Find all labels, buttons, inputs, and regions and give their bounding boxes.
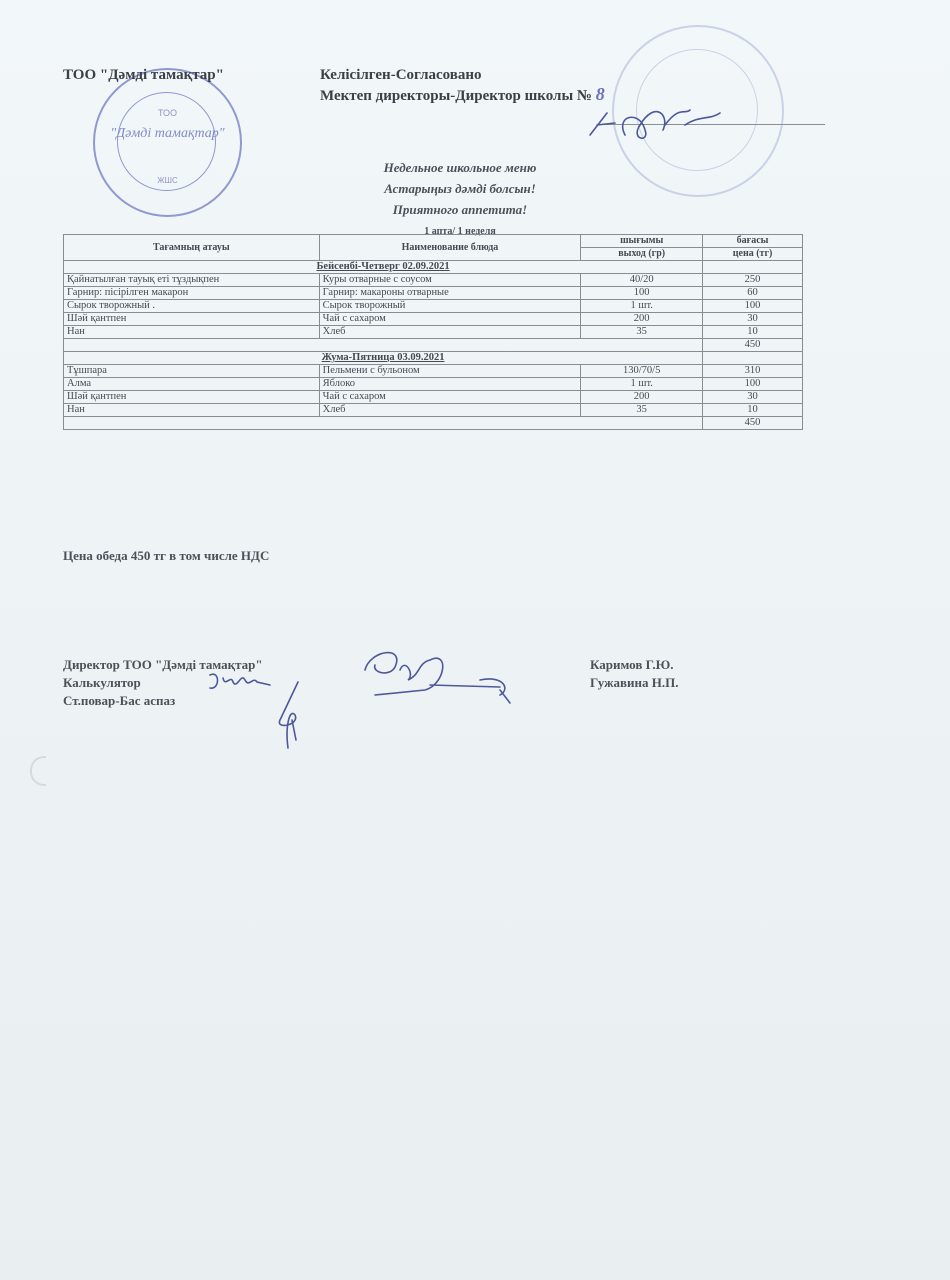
dish-price: 30	[703, 313, 803, 326]
page-mark	[30, 756, 46, 786]
table-row: Шәй қантпенЧай с сахаром20030	[64, 391, 803, 404]
dish-yield: 130/70/5	[581, 365, 703, 378]
dish-name-kz: Қайнатылған тауық еті тұздықпен	[64, 274, 320, 287]
dish-name-kz: Сырок творожный .	[64, 300, 320, 313]
approval-block: Келісілген-Согласовано Мектеп директоры-…	[320, 66, 605, 106]
dish-name-ru: Яблоко	[319, 378, 581, 391]
table-row: Қайнатылған тауық еті тұздықпенКуры отва…	[64, 274, 803, 287]
header-name-kz: Тағамның атауы	[64, 235, 320, 261]
day-title: Жума-Пятница 03.09.2021	[64, 352, 703, 365]
dish-name-kz: Нан	[64, 326, 320, 339]
dish-yield: 1 шт.	[581, 378, 703, 391]
dish-name-kz: Нан	[64, 404, 320, 417]
stamp-top-text: ТОО	[95, 108, 240, 118]
name-calculator: Гужавина Н.П.	[590, 674, 679, 692]
day-header-row: Бейсенбі-Четверг 02.09.2021	[64, 261, 803, 274]
dish-name-ru: Сырок творожный	[319, 300, 581, 313]
dish-price: 60	[703, 287, 803, 300]
header-price-kz: бағасы	[703, 235, 803, 248]
dish-name-kz: Алма	[64, 378, 320, 391]
dish-price: 250	[703, 274, 803, 287]
header-name-ru: Наименование блюда	[319, 235, 581, 261]
name-director: Каримов Г.Ю.	[590, 656, 679, 674]
company-stamp: ТОО "Дәмді тамақтар" ЖШС	[93, 68, 242, 217]
lunch-price-note: Цена обеда 450 тг в том числе НДС	[63, 548, 269, 564]
dish-price: 10	[703, 404, 803, 417]
header-yield-ru: выход (гр)	[581, 248, 703, 261]
dish-name-ru: Хлеб	[319, 404, 581, 417]
menu-table: Тағамның атауы Наименование блюда шығымы…	[63, 234, 803, 430]
day-title-text: Бейсенбі-Четверг 02.09.2021	[316, 261, 449, 272]
dish-yield: 200	[581, 313, 703, 326]
signatory-names: Каримов Г.Ю. Гужавина Н.П.	[590, 656, 679, 692]
total-spacer	[64, 339, 703, 352]
dish-price: 30	[703, 391, 803, 404]
total-spacer	[64, 417, 703, 430]
dish-price: 100	[703, 378, 803, 391]
director-company-signature-icon	[360, 645, 530, 705]
dish-yield: 35	[581, 326, 703, 339]
dish-name-ru: Чай с сахаром	[319, 391, 581, 404]
director-signature-icon	[585, 95, 725, 145]
dish-yield: 40/20	[581, 274, 703, 287]
dish-yield: 200	[581, 391, 703, 404]
stamp-bottom-text: ЖШС	[95, 176, 240, 185]
stamp-name: "Дәмді тамақтар"	[95, 126, 240, 142]
dish-name-ru: Чай с сахаром	[319, 313, 581, 326]
menu-title: Недельное школьное меню Астарыңыз дәмді …	[300, 157, 620, 220]
day-title-text: Жума-Пятница 03.09.2021	[322, 352, 445, 363]
dish-price: 10	[703, 326, 803, 339]
chef-signature-icon	[270, 680, 310, 750]
table-row: Шәй қантпенЧай с сахаром20030	[64, 313, 803, 326]
table-row: АлмаЯблоко1 шт.100	[64, 378, 803, 391]
approval-line-1: Келісілген-Согласовано	[320, 66, 605, 85]
table-row: ТұшпараПельмени с бульоном130/70/5310	[64, 365, 803, 378]
day-total: 450	[703, 339, 803, 352]
dish-name-kz: Тұшпара	[64, 365, 320, 378]
dish-name-ru: Куры отварные с соусом	[319, 274, 581, 287]
day-header-row: Жума-Пятница 03.09.2021	[64, 352, 803, 365]
calculator-signature-icon	[205, 670, 275, 695]
table-row: Сырок творожный .Сырок творожный1 шт.100	[64, 300, 803, 313]
dish-name-ru: Пельмени с бульоном	[319, 365, 581, 378]
title-line-2: Астарыңыз дәмді болсын!	[300, 178, 620, 199]
dish-name-kz: Шәй қантпен	[64, 313, 320, 326]
total-row: 450	[64, 339, 803, 352]
empty-cell	[703, 352, 803, 365]
day-title: Бейсенбі-Четверг 02.09.2021	[64, 261, 703, 274]
dish-price: 100	[703, 300, 803, 313]
total-row: 450	[64, 417, 803, 430]
dish-yield: 35	[581, 404, 703, 417]
menu-table-body: Бейсенбі-Четверг 02.09.2021Қайнатылған т…	[64, 261, 803, 430]
approval-line-2: Мектеп директоры-Директор школы № 8	[320, 85, 605, 106]
dish-name-kz: Шәй қантпен	[64, 391, 320, 404]
empty-cell	[703, 261, 803, 274]
table-row: НанХлеб3510	[64, 404, 803, 417]
dish-yield: 100	[581, 287, 703, 300]
header-yield-kz: шығымы	[581, 235, 703, 248]
table-row: НанХлеб3510	[64, 326, 803, 339]
title-line-3: Приятного аппетита!	[300, 199, 620, 220]
dish-price: 310	[703, 365, 803, 378]
approval-director-label: Мектеп директоры-Директор школы №	[320, 88, 592, 104]
dish-name-ru: Хлеб	[319, 326, 581, 339]
table-row: Гарнир: пісірілген макаронГарнир: макаро…	[64, 287, 803, 300]
dish-name-kz: Гарнир: пісірілген макарон	[64, 287, 320, 300]
dish-name-ru: Гарнир: макароны отварные	[319, 287, 581, 300]
organization-name: ТОО "Дәмді тамақтар"	[63, 67, 224, 84]
dish-yield: 1 шт.	[581, 300, 703, 313]
day-total: 450	[703, 417, 803, 430]
header-price-ru: цена (тг)	[703, 248, 803, 261]
title-line-1: Недельное школьное меню	[300, 157, 620, 178]
